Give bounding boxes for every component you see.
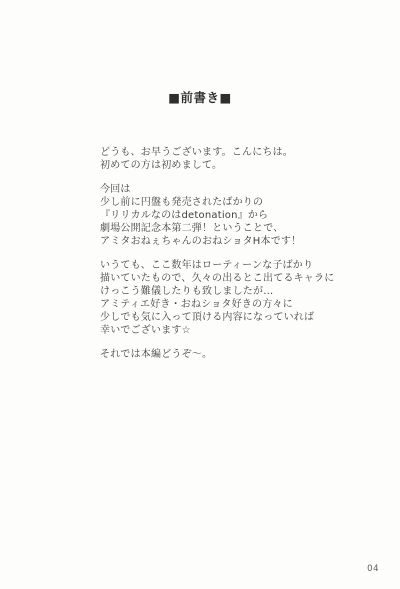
- text-line: いうても、ここ数年はローティーンな子ばかり: [100, 259, 334, 272]
- scanned-page: ■前書き■ どうも、お早うございます。こんにちは。 初めての方は初めまして。 今…: [0, 0, 400, 589]
- foreword-text: どうも、お早うございます。こんにちは。 初めての方は初めまして。 今回は 少し前…: [100, 146, 334, 372]
- text-line: どうも、お早うございます。こんにちは。: [100, 146, 334, 159]
- text-line: 幸いでございます☆: [100, 324, 334, 337]
- text-line: それでは本編どうぞ〜。: [100, 348, 334, 361]
- text-line: 『リリカルなのはdetonation』から: [100, 209, 334, 222]
- paragraph-greeting: どうも、お早うございます。こんにちは。 初めての方は初めまして。: [100, 146, 334, 172]
- text-line: 劇場公開記念本第二弾！ということで、: [100, 222, 334, 235]
- text-line: アミタおねぇちゃんのおねショタH本です！: [100, 235, 334, 248]
- text-line: 少しでも気に入って頂ける内容になっていれば: [100, 311, 334, 324]
- page-number: 04: [367, 564, 379, 574]
- paragraph-closing: それでは本編どうぞ〜。: [100, 348, 334, 361]
- text-line: アミティエ好き・おねショタ好きの方々に: [100, 298, 334, 311]
- text-line: 描いていたもので、久々の出るとこ出てるキャラに: [100, 272, 334, 285]
- text-line: 初めての方は初めまして。: [100, 159, 334, 172]
- paragraph-book-intro: 今回は 少し前に円盤も発売されたばかりの 『リリカルなのはdetonation』…: [100, 183, 334, 248]
- paragraph-commentary: いうても、ここ数年はローティーンな子ばかり 描いていたもので、久々の出るとこ出て…: [100, 259, 334, 337]
- text-line: けっこう難儀したりも致しましたが…: [100, 285, 334, 298]
- page-title: ■前書き■: [0, 88, 400, 106]
- text-line: 少し前に円盤も発売されたばかりの: [100, 196, 334, 209]
- text-line: 今回は: [100, 183, 334, 196]
